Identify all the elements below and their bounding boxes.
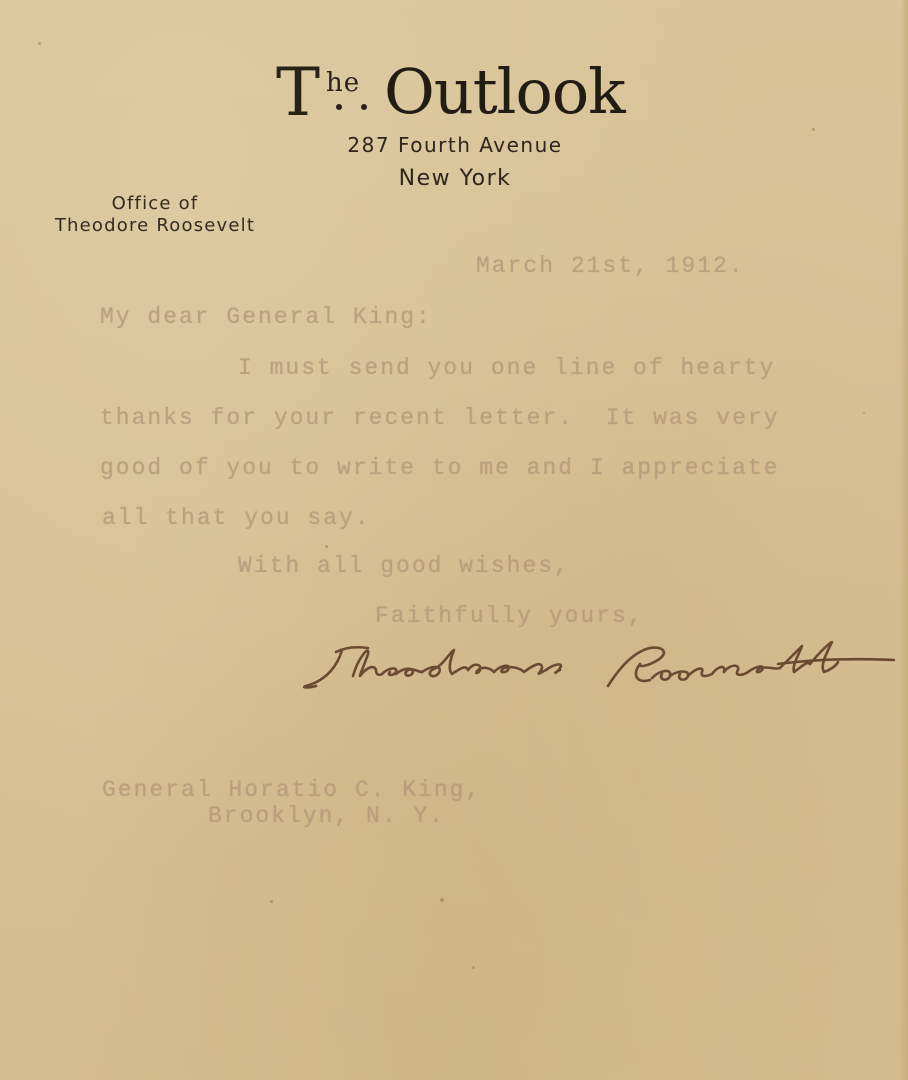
address-city: New York [280,166,630,191]
letter-date: March 21st, 1912. [476,253,745,279]
paper-edge [900,0,908,1080]
letter-salutation: My dear General King: [100,304,432,330]
handwritten-signature: Theodore Roosevelt [298,630,898,700]
masthead-title: Outlook [384,58,625,126]
masthead: T he Outlook [274,60,634,130]
letter-closing-wishes: With all good wishes, [238,553,570,579]
paper-speck [440,898,444,902]
masthead-dots [334,104,374,112]
masthead-the-he: he [326,70,360,96]
office-name: Theodore Roosevelt [20,215,290,236]
letter-body-line: good of you to write to me and I appreci… [100,455,780,481]
office-label: Office of [20,193,290,214]
address-street: 287 Fourth Avenue [280,133,630,157]
letter-closing-valediction: Faithfully yours, [375,603,644,629]
paper-speck [472,966,475,969]
paper-speck [863,412,865,414]
paper-speck [270,900,273,903]
paper-speck [38,42,41,45]
letter-body-line: thanks for your recent letter. It was ve… [100,405,780,431]
addressee-name: General Horatio C. King, [102,777,481,803]
letter-page: T he Outlook 287 Fourth Avenue New York … [0,0,908,1080]
addressee-location: Brooklyn, N. Y. [208,803,445,829]
letter-body-line: I must send you one line of hearty [238,355,775,381]
paper-speck [812,128,815,131]
masthead-the-T: T [276,60,320,126]
letter-body-line: all that you say. [102,505,371,531]
signature-stroke-icon [298,630,898,700]
paper-speck [325,545,328,548]
